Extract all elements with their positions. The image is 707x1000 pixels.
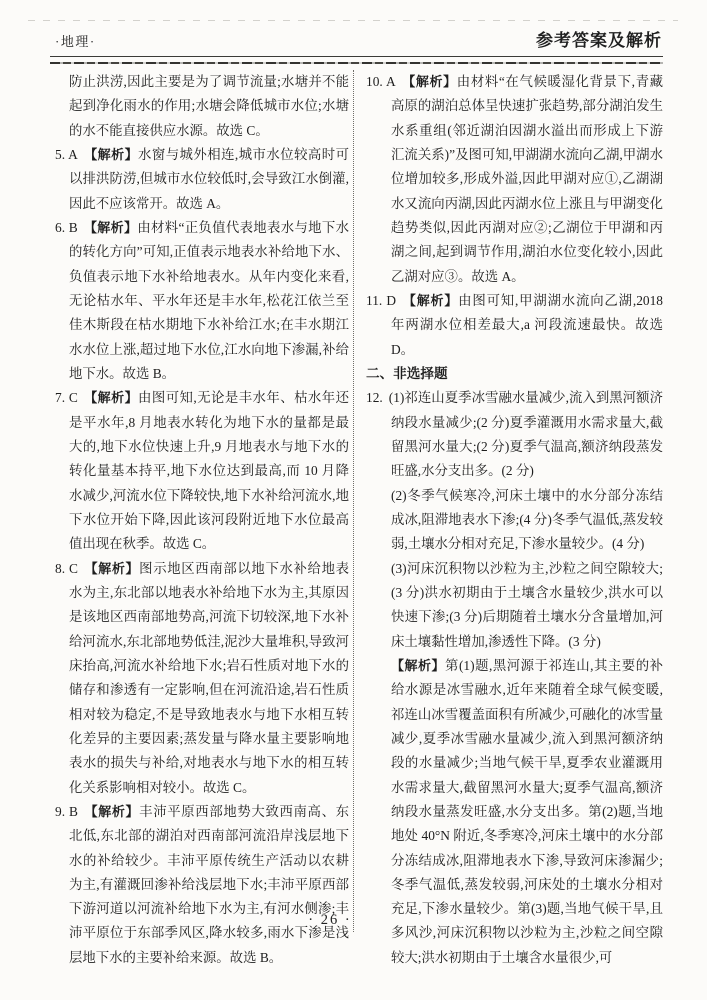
answer-item-8: 8. C【解析】图示地区西南部以地下水补给地表水为主,东北部以地表水补给地下水为… — [55, 557, 349, 800]
paragraph-text: 丰沛平原西部地势大致西南高、东北低,东北部的湖泊对西南部河流沿岸浅层地下水的补给… — [69, 804, 349, 965]
page-header: ·地理· 参考答案及解析 — [55, 26, 662, 51]
scan-edge-artifact — [28, 20, 678, 21]
answer-item-5: 5. A【解析】水窗与城外相连,城市水位较高时可以排洪防涝,但城市水位较低时,会… — [55, 143, 349, 216]
page-number: · 26 · — [0, 912, 660, 929]
paragraph-text: (2)冬季气候寒冷,河床土壤中的水分部分冻结成冰,阻滞地表水下渗;(4 分)冬季… — [391, 488, 663, 552]
analysis-marker: 【解析】 — [84, 561, 139, 576]
analysis-marker: 【解析】 — [84, 220, 138, 235]
answer-paragraph-continuation: 防止洪涝,因此主要是为了调节流量;水塘并不能起到净化雨水的作用;水塘会降低城市水… — [55, 70, 349, 143]
answer-number: 11. D — [366, 293, 396, 308]
page-title: 参考答案及解析 — [536, 26, 662, 51]
answer-item-9: 9. B【解析】丰沛平原西部地势大致西南高、东北低,东北部的湖泊对西南部河流沿岸… — [55, 800, 349, 970]
answer-number: 12. — [366, 390, 383, 405]
answer-item-6: 6. B【解析】由材料“正负值代表地表水与地下水的转化方向”可知,正值表示地表水… — [55, 216, 349, 386]
page-body: 防止洪涝,因此主要是为了调节流量;水塘并不能起到净化雨水的作用;水塘会降低城市水… — [55, 70, 663, 932]
answer-number: 7. C — [55, 390, 78, 405]
answer-item-7: 7. C【解析】由图可知,无论是丰水年、枯水年还是平水年,8 月地表水转化为地下… — [55, 386, 349, 556]
paragraph-text: (1)祁连山夏季冰雪融水量减少,流入到黑河额济纳段水量减少;(2 分)夏季灌溉用… — [389, 390, 663, 478]
answer-item-11: 11. D【解析】由图可知,甲湖湖水流向乙湖,2018 年两湖水位相差最大,a … — [366, 289, 663, 362]
analysis-marker: 【解析】 — [402, 74, 457, 89]
answer-item-12-part3: (3)河床沉积物以沙粒为主,沙粒之间空隙较大;(3 分)洪水初期由于土壤含水量较… — [366, 557, 663, 654]
answer-item-10: 10. A【解析】由材料“在气候暖湿化背景下,青藏高原的湖泊总体呈快速扩张趋势,… — [366, 70, 663, 289]
analysis-marker: 【解析】 — [84, 147, 138, 162]
section-heading-non-choice: 二、非选择题 — [366, 362, 663, 386]
answer-key-page: ·地理· 参考答案及解析 防止洪涝,因此主要是为了调节流量;水塘并不能起到净化雨… — [0, 0, 707, 1000]
paragraph-text: 防止洪涝,因此主要是为了调节流量;水塘并不能起到净化雨水的作用;水塘会降低城市水… — [69, 74, 349, 138]
paragraph-text: 图示地区西南部以地下水补给地表水为主,东北部以地表水补给地下水为主,其原因是该地… — [69, 561, 349, 795]
paragraph-text: (3)河床沉积物以沙粒为主,沙粒之间空隙较大;(3 分)洪水初期由于土壤含水量较… — [391, 561, 663, 649]
answer-number: 9. B — [55, 804, 78, 819]
left-column: 防止洪涝,因此主要是为了调节流量;水塘并不能起到净化雨水的作用;水塘会降低城市水… — [55, 70, 349, 932]
analysis-marker: 【解析】 — [402, 293, 458, 308]
answer-item-12-part1: 12.(1)祁连山夏季冰雪融水量减少,流入到黑河额济纳段水量减少;(2 分)夏季… — [366, 386, 663, 483]
header-rule — [50, 56, 663, 64]
answer-number: 6. B — [55, 220, 78, 235]
paragraph-text: 由材料“正负值代表地表水与地下水的转化方向”可知,正值表示地表水补给地下水、负值… — [69, 220, 349, 381]
analysis-marker: 【解析】 — [391, 658, 445, 673]
answer-number: 5. A — [55, 147, 78, 162]
paragraph-text: 由图可知,无论是丰水年、枯水年还是平水年,8 月地表水转化为地下水的量都是最大的… — [69, 390, 349, 551]
paragraph-text: 由材料“在气候暖湿化背景下,青藏高原的湖泊总体呈快速扩张趋势,部分湖泊发生水系重… — [391, 74, 663, 284]
analysis-marker: 【解析】 — [84, 804, 139, 819]
answer-number: 10. A — [366, 74, 396, 89]
answer-number: 8. C — [55, 561, 78, 576]
analysis-marker: 【解析】 — [84, 390, 138, 405]
right-column: 10. A【解析】由材料“在气候暖湿化背景下,青藏高原的湖泊总体呈快速扩张趋势,… — [366, 70, 663, 932]
column-divider — [353, 70, 354, 932]
subject-label: ·地理· — [55, 31, 96, 50]
answer-item-12-part2: (2)冬季气候寒冷,河床土壤中的水分部分冻结成冰,阻滞地表水下渗;(4 分)冬季… — [366, 484, 663, 557]
